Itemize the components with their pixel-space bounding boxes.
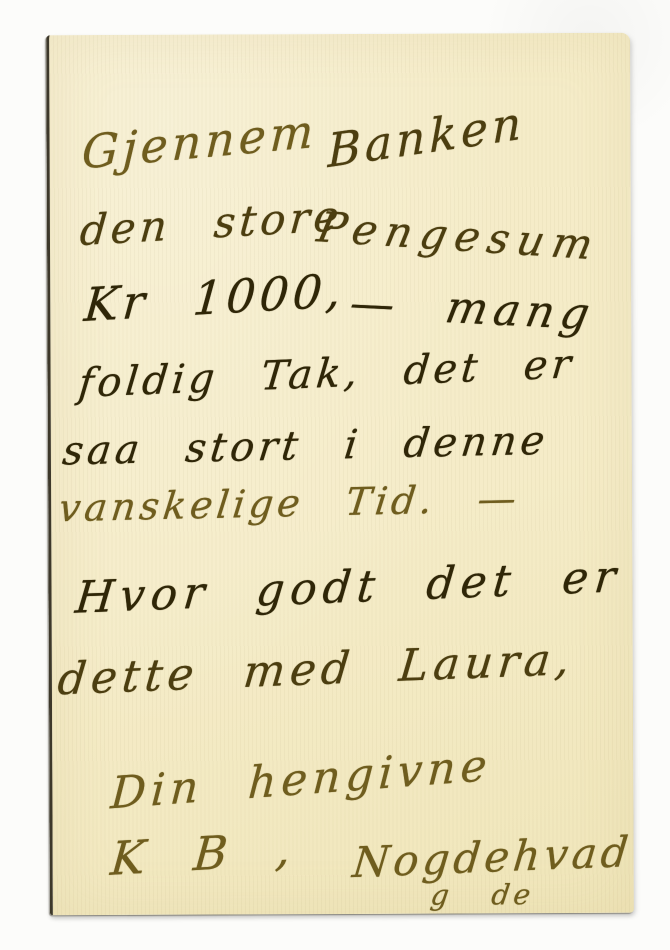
- letter-line-9-din-hengivne: Din hengivne: [109, 744, 493, 817]
- letter-line-3-mang: — mang: [346, 282, 598, 337]
- letter-line-2-den-store: den store: [78, 195, 344, 252]
- letter-line-1-word-banken: Banken: [327, 99, 525, 174]
- letter-line-5-saa-stort: saa stort i denne: [61, 421, 551, 472]
- signature-initials-kb: K B ,: [109, 825, 297, 882]
- scan-background: Gjennem Banken den store Pengesum Kr 100…: [0, 0, 670, 950]
- letter-line-4-foldig-tak: foldig Tak, det er: [77, 344, 577, 404]
- letter-line-7-hvor-godt: Hvor godt det er: [73, 555, 623, 621]
- letter-line-3-kr-1000: Kr 1000,: [83, 267, 347, 328]
- letter-line-6-vanskelige-tid: vanskelige Tid. —: [57, 479, 522, 527]
- letter-card: Gjennem Banken den store Pengesum Kr 100…: [46, 33, 634, 916]
- letter-line-2-pengesum: Pengesum: [314, 206, 604, 266]
- letter-line-1-word-gjennem: Gjennem: [81, 108, 319, 176]
- signature-insertion-gde: g de: [429, 881, 536, 909]
- letter-line-8-dette-med-laura: dette med Laura,: [56, 638, 577, 702]
- signature-place-nogdehvad: Nogdehvad –: [351, 828, 670, 884]
